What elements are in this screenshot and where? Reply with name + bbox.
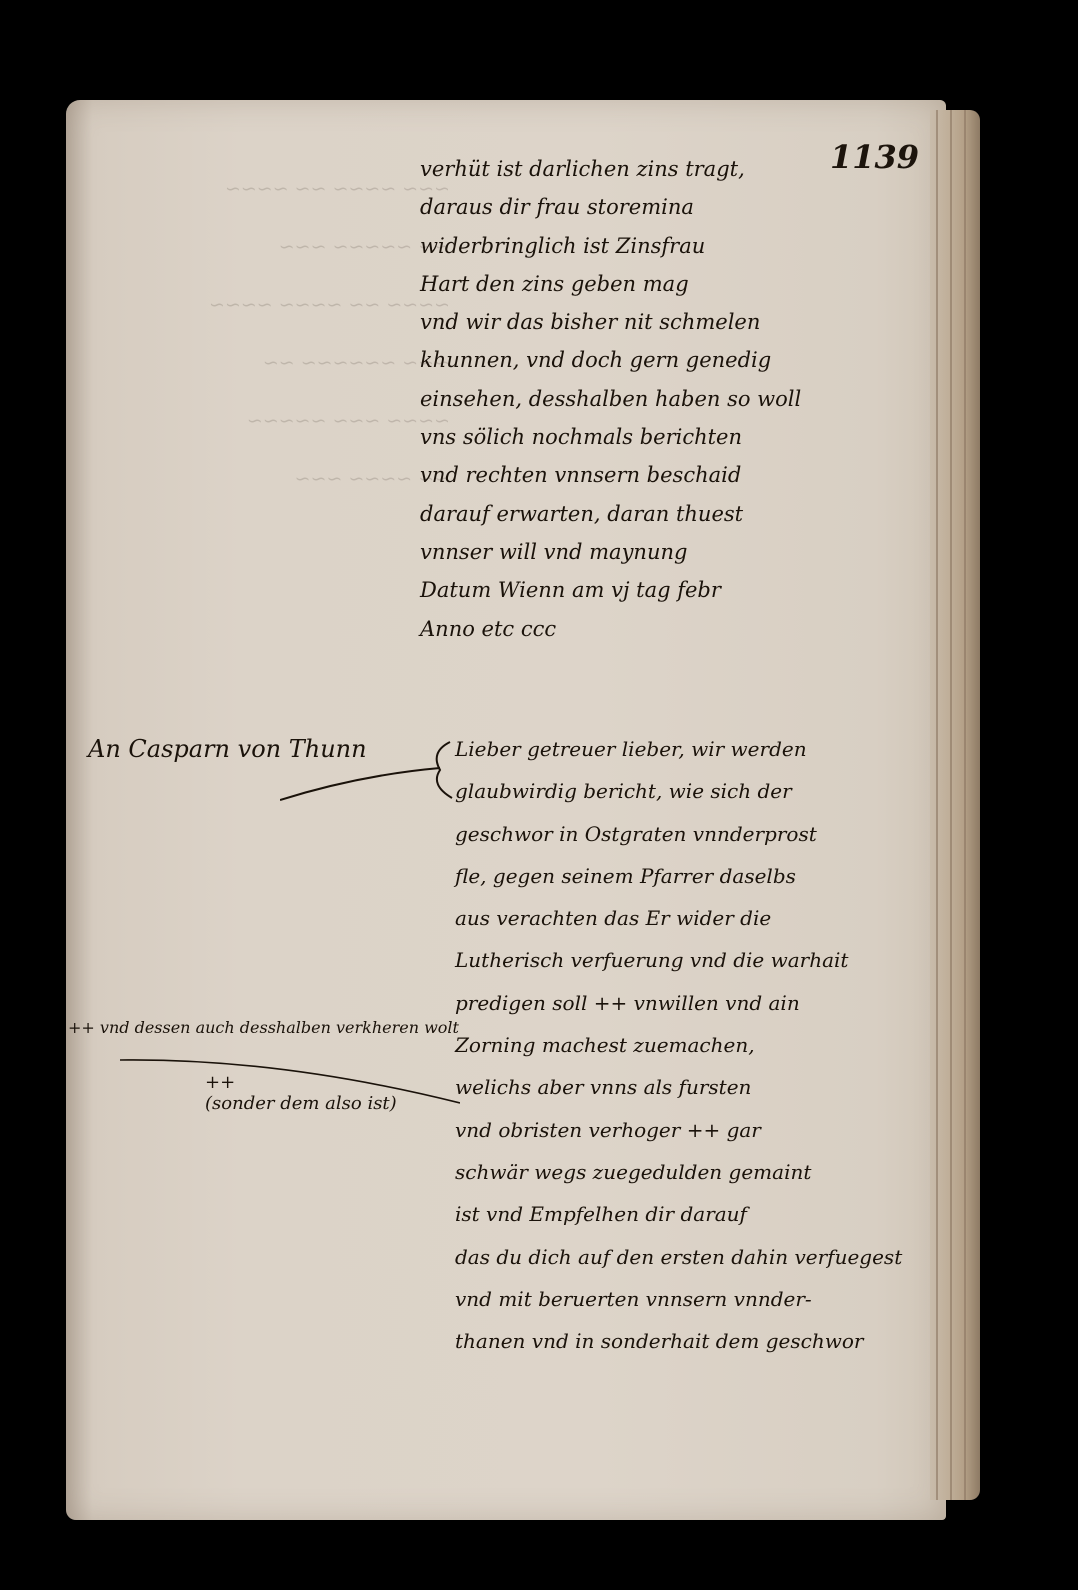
text-line: Lieber getreuer lieber, wir werden <box>455 728 925 770</box>
margin-note-text: vnd dessen auch desshalben verkheren wol… <box>100 1018 459 1037</box>
text-line: darauf erwarten, daran thuest <box>420 495 920 533</box>
insertion-marker: ++ <box>205 1072 397 1093</box>
text-line: verhüt ist darlichen zins tragt, <box>420 150 920 188</box>
text-line: vnnser will vnd maynung <box>420 533 920 571</box>
text-line: vns sölich nochmals berichten <box>420 418 920 456</box>
page-stack-edges <box>930 110 980 1500</box>
text-line: vnd rechten vnnsern beschaid <box>420 456 920 494</box>
text-line: fle, gegen seinem Pfarrer daselbs <box>455 855 925 897</box>
margin-note-2: ++ (sonder dem also ist) <box>205 1072 397 1114</box>
text-line: predigen soll ++ vnwillen vnd ain <box>455 982 925 1024</box>
bracket-flourish-icon <box>280 740 460 810</box>
main-text-block-1: verhüt ist darlichen zins tragt, daraus … <box>420 150 920 648</box>
text-line: glaubwirdig bericht, wie sich der <box>455 770 925 812</box>
text-line: Hart den zins geben mag <box>420 265 920 303</box>
text-line: geschwor in Ostgraten vnnderprost <box>455 813 925 855</box>
text-line: widerbringlich ist Zinsfrau <box>420 227 920 265</box>
bleed-through-text: ~~~ ~~~~ ~~ ~~~~~~ ~~~~~ ~~~~~~~ ~~ ~~~~… <box>90 160 450 508</box>
text-line: khunnen, vnd doch gern genedig <box>420 341 920 379</box>
text-line: Datum Wienn am vj tag febr <box>420 571 920 609</box>
text-line: aus verachten das Er wider die <box>455 897 925 939</box>
text-line: Zorning machest zuemachen, <box>455 1024 925 1066</box>
text-line: vnd mit beruerten vnnsern vnnder- <box>455 1278 925 1320</box>
text-line: daraus dir frau storemina <box>420 188 920 226</box>
text-line: Lutherisch verfuerung vnd die warhait <box>455 939 925 981</box>
text-line: thanen vnd in sonderhait dem geschwor <box>455 1320 925 1362</box>
insertion-marker: ++ <box>68 1018 95 1037</box>
margin-note-text: (sonder dem also ist) <box>205 1093 397 1114</box>
text-line: das du dich auf den ersten dahin verfueg… <box>455 1236 925 1278</box>
text-line: ist vnd Empfelhen dir darauf <box>455 1193 925 1235</box>
text-line: schwär wegs zuegedulden gemaint <box>455 1151 925 1193</box>
margin-note-1: ++ vnd dessen auch desshalben verkheren … <box>68 1018 459 1037</box>
text-line: vnd obristen verhoger ++ gar <box>455 1109 925 1151</box>
text-line: einsehen, desshalben haben so woll <box>420 380 920 418</box>
main-text-block-2: Lieber getreuer lieber, wir werden glaub… <box>455 728 925 1362</box>
text-line: welichs aber vnns als fursten <box>455 1066 925 1108</box>
text-line: Anno etc ccc <box>420 610 920 648</box>
text-line: vnd wir das bisher nit schmelen <box>420 303 920 341</box>
